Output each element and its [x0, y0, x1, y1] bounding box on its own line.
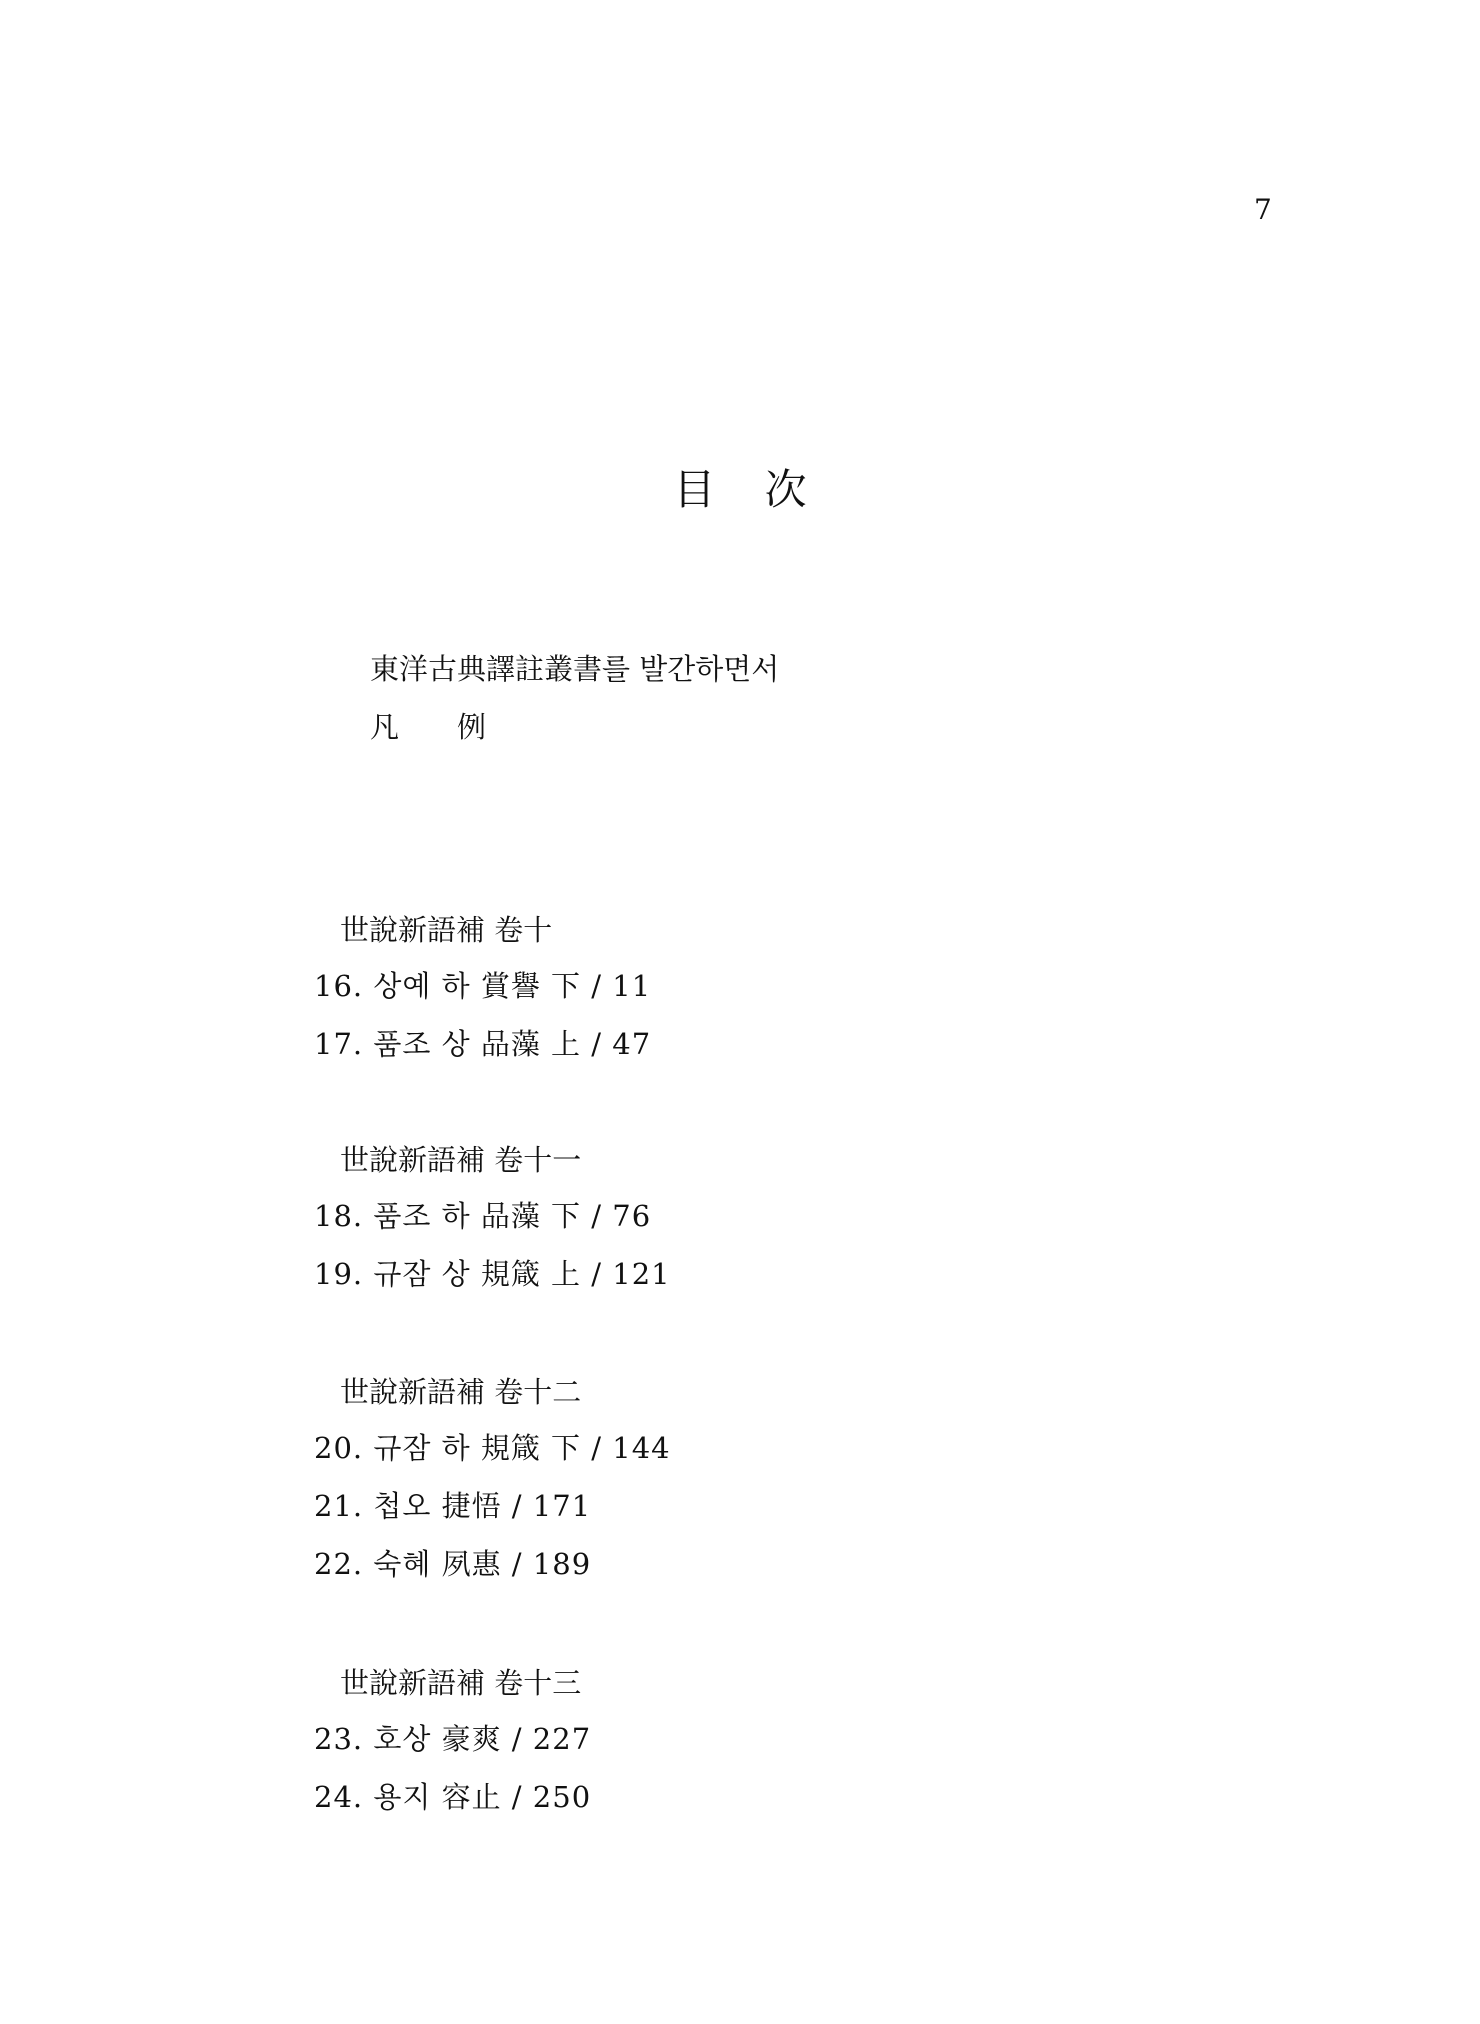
- section-header: 世說新語補 卷十三: [314, 1663, 591, 1703]
- toc-entry[interactable]: 16. 상예 하 賞譽 下 / 11: [314, 966, 651, 1024]
- front-item-explanatory-notes[interactable]: 凡 例: [370, 698, 779, 756]
- front-item-preface[interactable]: 東洋古典譯註叢書를 발간하면서: [370, 640, 779, 698]
- toc-section-vol-10: 世說新語補 卷十 16. 상예 하 賞譽 下 / 11 17. 품조 상 品藻 …: [314, 910, 651, 1082]
- toc-section-vol-12: 世說新語補 卷十二 20. 규잠 하 規箴 下 / 144 21. 첩오 捷悟 …: [314, 1372, 671, 1602]
- section-header: 世說新語補 卷十二: [314, 1372, 671, 1412]
- section-header: 世說新語補 卷十: [314, 910, 651, 950]
- page-number: 7: [1254, 192, 1272, 228]
- front-matter-list: 東洋古典譯註叢書를 발간하면서 凡 例: [370, 640, 779, 756]
- toc-entry[interactable]: 23. 호상 豪爽 / 227: [314, 1719, 591, 1777]
- toc-entry[interactable]: 18. 품조 하 品藻 下 / 76: [314, 1196, 671, 1254]
- toc-entry[interactable]: 22. 숙혜 夙惠 / 189: [314, 1544, 671, 1602]
- section-header: 世說新語補 卷十一: [314, 1140, 671, 1180]
- toc-entry[interactable]: 24. 용지 容止 / 250: [314, 1777, 591, 1835]
- toc-entry[interactable]: 21. 첩오 捷悟 / 171: [314, 1486, 671, 1544]
- toc-entry[interactable]: 17. 품조 상 品藻 上 / 47: [314, 1024, 651, 1082]
- toc-section-vol-13: 世說新語補 卷十三 23. 호상 豪爽 / 227 24. 용지 容止 / 25…: [314, 1663, 591, 1835]
- toc-entry[interactable]: 20. 규잠 하 規箴 下 / 144: [314, 1428, 671, 1486]
- page-title: 目 次: [0, 462, 1480, 518]
- toc-section-vol-11: 世說新語補 卷十一 18. 품조 하 品藻 下 / 76 19. 규잠 상 規箴…: [314, 1140, 671, 1312]
- toc-entry[interactable]: 19. 규잠 상 規箴 上 / 121: [314, 1254, 671, 1312]
